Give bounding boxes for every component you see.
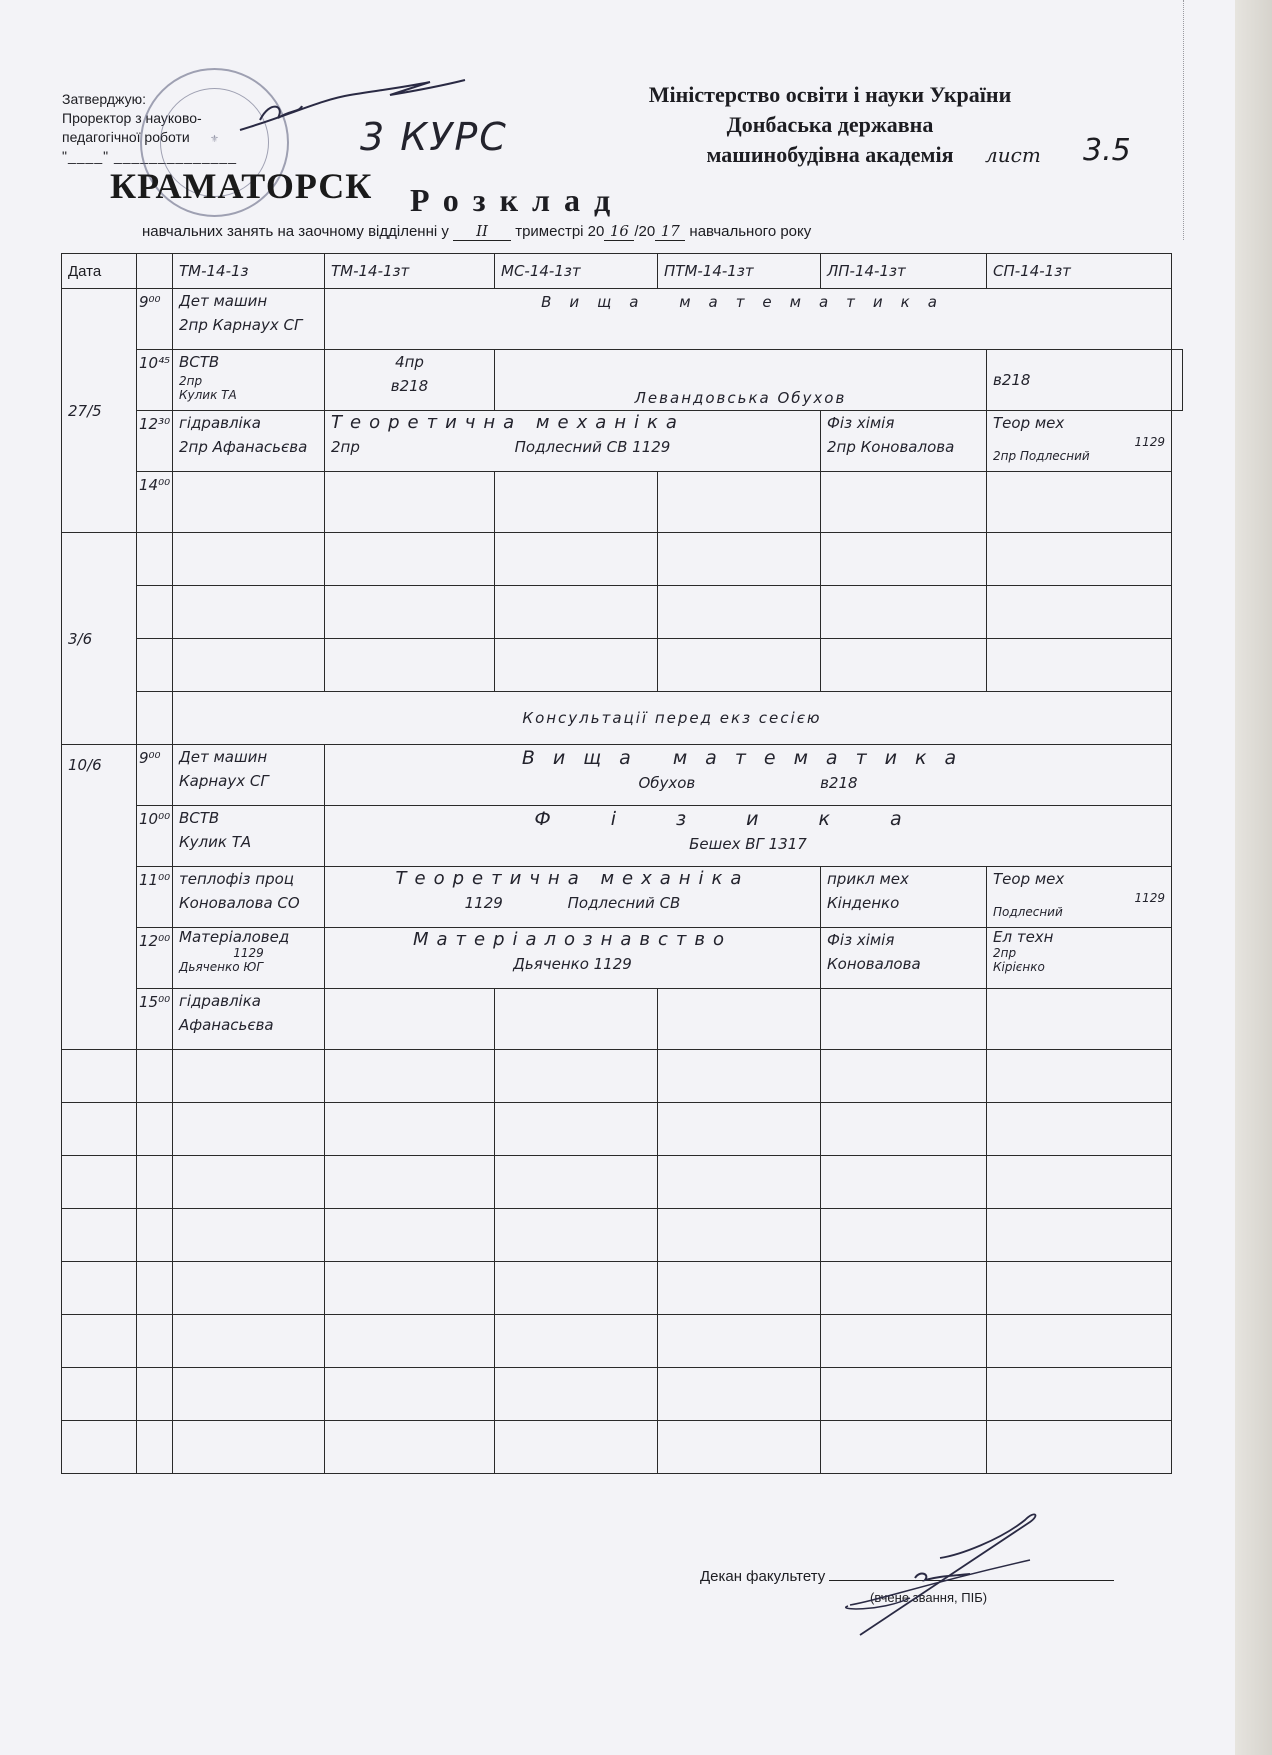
time-cell: 12³⁰ [137,411,173,472]
subtitle-sep: /20 [634,223,655,240]
subject-cell: ВСТВ 2пр Кулик ТА [173,350,325,411]
subtitle-prefix: навчальних занять на заочному відділенні… [142,223,449,240]
teacher-name: Кінденко [827,891,980,915]
time-cell: 10⁴⁵ [137,350,173,411]
header-group-2: ТМ-14-1зт [325,254,495,289]
subject-name: Матеріалознавство [331,928,814,952]
room-number: в218 [331,374,488,398]
subject-name: Теор мех [993,411,1165,435]
time-cell: 9⁰⁰ [137,289,173,350]
table-row [62,1103,1183,1156]
time-cell: 15⁰⁰ [137,989,173,1050]
subject-cell: гідравліка 2пр Афанасьєва [173,411,325,472]
date-cell-day2: 3/6 [62,533,137,745]
table-row: 27/5 9⁰⁰ Дет машин 2пр Карнаух СГ Вища м… [62,289,1183,350]
schedule-subtitle: навчальних занять на заочному відділенні… [142,222,811,241]
room-number: 1129 [465,894,503,912]
subject-name: Фіз хімія [827,411,980,435]
header-group-1: ТМ-14-1з [173,254,325,289]
room-number: в218 [820,774,857,792]
subject-span-cell: Теоретична механіка 2пр Подлесний СВ 112… [325,411,821,472]
room-number: 1129 [179,946,318,960]
teacher-name: Подлесний СВ [568,894,681,912]
teacher-name: 2пр Карнаух СГ [179,313,318,337]
table-row: 11⁰⁰ теплофіз проц Коновалова СО Теорети… [62,867,1183,928]
table-row [62,1368,1183,1421]
table-row [62,1209,1183,1262]
subject-span-cell: Вища математика [325,289,1172,350]
subject-cell: прикл мех Кінденко [821,867,987,928]
ministry-line-2: Донбаська державна [560,110,1100,140]
year-from-field: 16 [604,222,634,241]
subject-cell: Фіз хімія 2пр Коновалова [821,411,987,472]
table-row: 15⁰⁰ гідравліка Афанасьєва [62,989,1183,1050]
subject-span-cell: Теоретична механіка 1129 Подлесний СВ [325,867,821,928]
subject-name: Вища математика [331,745,1165,771]
subject-details: 1129 Подлесний СВ [331,891,814,915]
subject-cell: Дет машин Карнаух СГ [173,745,325,806]
teacher-name: Обухов [638,774,695,792]
table-row: 3/6 [62,533,1183,586]
time-cell: 10⁰⁰ [137,806,173,867]
subject-name: Фізика [331,806,1165,832]
subject-name: гідравліка [179,411,318,435]
table-row [62,1156,1183,1209]
subject-name: ВСТВ [179,806,318,830]
fold-line [1183,0,1184,240]
teacher-name: Кулик ТА [179,388,318,402]
subject-name: Дет машин [179,745,318,769]
subtitle-suffix: навчального року [689,223,811,240]
subject-span-cell: Матеріалознавство Дьяченко 1129 [325,928,821,989]
subject-name: Матеріаловед [179,928,318,946]
city-stamp: КРАМАТОРСК [110,165,372,207]
subject-name: Теоретична механіка [331,867,814,891]
signature-dean [840,1510,1060,1640]
lesson-type: 2пр [179,374,318,388]
subject-cell: Теор мех 1129 2пр Подлесний [987,411,1172,472]
course-label: 3 КУРС [360,115,508,159]
table-row [62,639,1183,692]
subject-span-cell: Фізика Бешех ВГ 1317 [325,806,1172,867]
dean-label: Декан факультету [700,1568,825,1585]
empty-cell [1172,350,1183,411]
teacher-name: 2пр Подлесний [993,449,1165,463]
subject-cell: Теор мех 1129 Подлесний [987,867,1172,928]
time-cell: 12⁰⁰ [137,928,173,989]
empty-cell [173,472,325,533]
teacher-name: 2пр Афанасьєва [179,435,318,459]
scan-paper-edge [1235,0,1272,1755]
header-group-4: ПТМ-14-1зт [658,254,821,289]
table-row: Консультації перед екз сесією [62,692,1183,745]
time-cell: 9⁰⁰ [137,745,173,806]
header-group-3: МС-14-1зт [495,254,658,289]
subject-name: прикл мех [827,867,980,891]
time-cell: 14⁰⁰ [137,472,173,533]
page-title: Розклад [410,182,624,219]
teacher-name: 2пр Коновалова [827,435,980,459]
table-row [62,586,1183,639]
year-to-field: 17 [655,222,685,241]
room-number: 1129 [993,891,1165,905]
teacher-name: Подлесний [993,905,1165,919]
room-cell: в218 [987,350,1172,411]
sheet-number: 3.5 [1083,133,1131,168]
subject-cell: Фіз хімія Коновалова [821,928,987,989]
table-row: 12³⁰ гідравліка 2пр Афанасьєва Теоретичн… [62,411,1183,472]
teacher-name: Коновалова СО [179,891,318,915]
header-time [137,254,173,289]
teacher-name: Кірієнко [993,960,1165,974]
table-row: 10⁰⁰ ВСТВ Кулик ТА Фізика Бешех ВГ 1317 [62,806,1183,867]
lesson-type: 4пр [331,350,488,374]
subject-name: Теоретична механіка [331,411,814,435]
empty-cell [987,472,1172,533]
table-row: 12⁰⁰ Матеріаловед 1129 Дьяченко ЮГ Матер… [62,928,1183,989]
subject-details: Обухов в218 [331,771,1165,795]
teacher-name: Кулик ТА [179,830,318,854]
teacher-name: Подлесний СВ 1129 [515,438,671,456]
subject-name: ВСТВ [179,350,318,374]
teacher-name: Дьяченко ЮГ [179,960,318,974]
teacher-name: Бешех ВГ 1317 [331,832,1165,856]
table-row: 10/6 9⁰⁰ Дет машин Карнаух СГ Вища матем… [62,745,1183,806]
table-row [62,1421,1183,1474]
consultations-note: Консультації перед екз сесією [173,692,1172,745]
date-cell-day3: 10/6 [62,745,137,1050]
subject-name: теплофіз проц [179,867,318,891]
subject-name: Дет машин [179,289,318,313]
empty-cell [658,472,821,533]
empty-cell [325,472,495,533]
teacher-name: Коновалова [827,952,980,976]
subject-details: 2пр Подлесний СВ 1129 [331,435,814,459]
header-date: Дата [62,254,137,289]
date-cell-day1: 27/5 [62,289,137,533]
subject-name: Теор мех [993,867,1165,891]
table-header-row: Дата ТМ-14-1з ТМ-14-1зт МС-14-1зт ПТМ-14… [62,254,1183,289]
table-row: 10⁴⁵ ВСТВ 2пр Кулик ТА 4пр в218 Левандов… [62,350,1183,411]
subject-cell: Дет машин 2пр Карнаух СГ [173,289,325,350]
subject-cell: теплофіз проц Коновалова СО [173,867,325,928]
subject-cell: Матеріаловед 1129 Дьяченко ЮГ [173,928,325,989]
table-row [62,1050,1183,1103]
sheet-label: лист [985,143,1041,167]
trimester-field: II [453,222,511,241]
empty-cell [821,472,987,533]
teacher-name: Карнаух СГ [179,769,318,793]
subject-name: Ел техн [993,928,1165,946]
table-row [62,1315,1183,1368]
subject-span-cell: Вища математика Обухов в218 [325,745,1172,806]
subject-cell: ВСТВ Кулик ТА [173,806,325,867]
table-row: 14⁰⁰ [62,472,1183,533]
header-group-6: СП-14-1зт [987,254,1172,289]
room-number: 1129 [993,435,1165,449]
schedule-table: Дата ТМ-14-1з ТМ-14-1зт МС-14-1зт ПТМ-14… [61,253,1183,1474]
subject-name: гідравліка [179,989,318,1013]
teachers-span-cell: Левандовська Обухов [495,350,987,411]
lesson-type: 2пр [993,946,1165,960]
subject-cell: Ел техн 2пр Кірієнко [987,928,1172,989]
table-row [62,1262,1183,1315]
subject-name: Фіз хімія [827,928,980,952]
teacher-name: Афанасьєва [179,1013,318,1037]
subtitle-middle: триместрі 20 [515,223,604,240]
header-group-5: ЛП-14-1зт [821,254,987,289]
teacher-name: Дьяченко 1129 [331,952,814,976]
empty-cell [495,472,658,533]
lesson-type: 2пр [331,438,360,456]
subject-cell: гідравліка Афанасьєва [173,989,325,1050]
time-cell: 11⁰⁰ [137,867,173,928]
detail-cell: 4пр в218 [325,350,495,411]
ministry-line-1: Міністерство освіти і науки України [560,80,1100,110]
